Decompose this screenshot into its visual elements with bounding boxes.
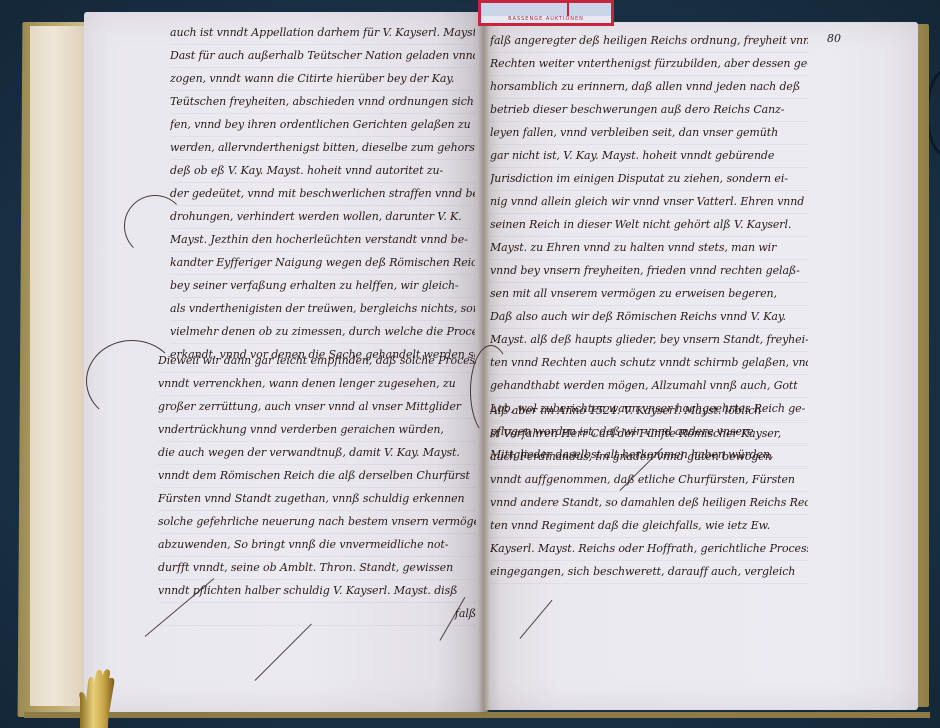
text-line: Kayserl. Mayst. Reichs oder Hoffrath, ge… — [490, 538, 808, 561]
folio-number: 80 — [827, 32, 841, 45]
text-line: abzuwenden, So bringt vnnß die vnvermeid… — [158, 534, 476, 557]
text-line: betrieb dieser beschwerungen auß dero Re… — [490, 99, 808, 122]
text-line: auch Ferdinandus, im gnaden vnnd güten b… — [490, 446, 808, 469]
text-line: deß ob eß V. Kay. Mayst. hoheit vnnd aut… — [170, 160, 475, 183]
text-line: die auch wegen der verwandtnuß, damit V.… — [158, 442, 476, 465]
text-line: zogen, vnndt wann die Citirte hierüber b… — [170, 68, 475, 91]
text-line: Daß also auch wir deß Römischen Reichs v… — [490, 306, 808, 329]
text-line: vielmehr denen ob zu zimessen, durch wel… — [170, 321, 475, 344]
text-line: fen, vnnd bey ihren ordentlichen Gericht… — [170, 114, 475, 137]
text-line: Mayst. Jezthin den hocherleüchten versta… — [170, 229, 475, 252]
text-line: Alß aber im Anno 1524. V. Kayserl. Mayst… — [490, 400, 808, 423]
brass-hand-prop — [74, 668, 126, 728]
text-line: werden, allervnderthenigst bitten, diese… — [170, 137, 475, 160]
text-line: ten vnnd Rechten auch schutz vnndt schir… — [490, 352, 808, 375]
text-line: Dieweil wir dann gar leicht empfinden, d… — [158, 350, 476, 373]
text-line: Rechten weiter vnterthenigst fürzubilden… — [490, 53, 808, 76]
text-line: sen mit all vnserem vermögen zu erweisen… — [490, 283, 808, 306]
text-line: vndertrückhung vnnd verderben geraichen … — [158, 419, 476, 442]
text-line: Mayst. alß deß haupts glieder, bey vnser… — [490, 329, 808, 352]
text-line: als vnderthenigisten der treüwen, bergle… — [170, 298, 475, 321]
auction-label: BASSENGE AUKTIONEN — [478, 0, 614, 26]
text-line: Jurisdiction im einigen Disputat zu zieh… — [490, 168, 808, 191]
text-line: gehandthabt werden mögen, Allzumahl vnnß… — [490, 375, 808, 398]
text-line: Teütschen freyheiten, abschieden vnnd or… — [170, 91, 475, 114]
text-line: auch ist vnndt Appellation darhem für V.… — [170, 22, 475, 45]
text-line: Mayst. zu Ehren vnnd zu halten vnnd stet… — [490, 237, 808, 260]
text-line: Dast für auch außerhalb Teütscher Nation… — [170, 45, 475, 68]
text-line: vnndt auffgenommen, daß etliche Churfürs… — [490, 469, 808, 492]
text-line: bey seiner verfaßung erhalten zu helffen… — [170, 275, 475, 298]
initial-flourish-D — [86, 340, 178, 422]
text-line: vnnd bey vnsern freyheiten, frieden vnnd… — [490, 260, 808, 283]
text-line: horsamblich zu erinnern, daß allen vnnd … — [490, 76, 808, 99]
text-line: durfft vnndt, seine ob Amblt. Thron. Sta… — [158, 557, 476, 580]
text-line: kandter Eyfferiger Naigung wegen deß Röm… — [170, 252, 475, 275]
initial-flourish-A — [470, 345, 512, 437]
left-page-paragraph-1: auch ist vnndt Appellation darhem für V.… — [170, 22, 475, 367]
text-line: st Vorfahren Herr Carl der Fünfte Römisc… — [490, 423, 808, 446]
text-line: gar nicht ist, V. Kay. Mayst. hoheit vnn… — [490, 145, 808, 168]
text-line: falß angeregter deß heiligen Reichs ordn… — [490, 30, 808, 53]
text-line: vnndt verrenckhen, wann denen lenger zug… — [158, 373, 476, 396]
text-line: falß — [158, 603, 476, 626]
text-line: großer zerrüttung, auch vnser vnnd al vn… — [158, 396, 476, 419]
text-line: Fürsten vnnd Standt zugethan, vnnß schul… — [158, 488, 476, 511]
text-line: leyen fallen, vnnd verbleiben seit, dan … — [490, 122, 808, 145]
text-line: seinen Reich in dieser Welt nicht gehört… — [490, 214, 808, 237]
text-line: vnnd andere Standt, so damahlen deß heil… — [490, 492, 808, 515]
text-line: eingegangen, sich beschwerett, darauff a… — [490, 561, 808, 584]
marginal-flourish — [124, 195, 186, 257]
auction-label-text: BASSENGE AUKTIONEN — [481, 16, 611, 23]
right-page-paragraph-2: Alß aber im Anno 1524. V. Kayserl. Mayst… — [490, 400, 808, 584]
text-line: drohungen, verhindert werden wollen, dar… — [170, 206, 475, 229]
text-line: ten vnnd Regiment daß die gleichfalls, w… — [490, 515, 808, 538]
text-line: nig vnnd allein gleich wir vnnd vnser Va… — [490, 191, 808, 214]
text-line: der gedeütet, vnnd mit beschwerlichen st… — [170, 183, 475, 206]
book-bottom-edge — [24, 712, 930, 718]
text-line: solche gefehrliche neuerung nach bestem … — [158, 511, 476, 534]
text-line: vnndt dem Römischen Reich die alß dersel… — [158, 465, 476, 488]
